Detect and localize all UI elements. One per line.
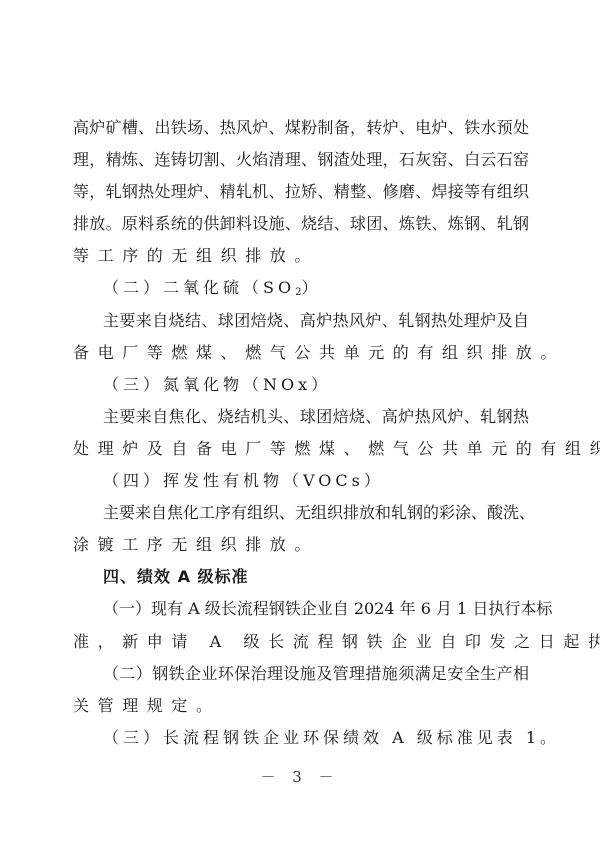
- document-page: 高炉矿槽、出铁场、热风炉、煤粉制备，转炉、电炉、铁水预处 理，精炼、连铸切割、火…: [0, 0, 600, 848]
- paragraph-line: 准，新申请 A 级长流程钢铁企业自印发之日起执行本标准。: [73, 626, 529, 658]
- paragraph-line: 备电厂等燃煤、燃气公共单元的有组织排放。: [73, 337, 529, 369]
- paragraph-line: 等，轧钢热处理炉、精轧机、拉矫、精整、修磨、焊接等有组织: [73, 176, 529, 208]
- paragraph-line: 主要来自烧结、球团焙烧、高炉热风炉、轧钢热处理炉及自: [73, 305, 529, 337]
- paragraph-line: （三）长流程钢铁企业环保绩效 A 级标准见表 1。: [73, 722, 529, 754]
- paragraph-line: 理，精炼、连铸切割、火焰清理、钢渣处理，石灰窑、白云石窑: [73, 144, 529, 176]
- paragraph-line: 关管理规定。: [73, 690, 529, 722]
- paragraph-line: 高炉矿槽、出铁场、热风炉、煤粉制备，转炉、电炉、铁水预处: [73, 112, 529, 144]
- page-number: － 3 －: [0, 766, 600, 787]
- heading-text: （二）二氧化硫（SO: [103, 278, 295, 297]
- paragraph-line: 等工序的无组织排放。: [73, 240, 529, 272]
- paragraph-line: 主要来自焦化、烧结机头、球团焙烧、高炉热风炉、轧钢热: [73, 401, 529, 433]
- paragraph-line: （一）现有 A 级长流程钢铁企业自 2024 年 6 月 1 日执行本标: [73, 593, 529, 625]
- heading-text-suffix: ）: [301, 278, 321, 297]
- paragraph-line: 处理炉及自备电厂等燃煤、燃气公共单元的有组织排放。: [73, 433, 529, 465]
- paragraph-line: 主要来自焦化工序有组织、无组织排放和轧钢的彩涂、酸洗、: [73, 497, 529, 529]
- paragraph-line: （二）钢铁企业环保治理设施及管理措施须满足安全生产相: [73, 658, 529, 690]
- section-heading-vocs: （四）挥发性有机物（VOCs）: [73, 465, 529, 497]
- document-body: 高炉矿槽、出铁场、热风炉、煤粉制备，转炉、电炉、铁水预处 理，精炼、连铸切割、火…: [73, 112, 529, 754]
- section-heading-so2: （二）二氧化硫（SO2）: [73, 272, 529, 304]
- paragraph-line: 排放。原料系统的供卸料设施、烧结、球团、炼铁、炼钢、轧钢: [73, 208, 529, 240]
- section-heading-performance-a: 四、绩效 A 级标准: [73, 561, 529, 593]
- paragraph-line: 涂镀工序无组织排放。: [73, 529, 529, 561]
- section-heading-nox: （三）氮氧化物（NOx）: [73, 369, 529, 401]
